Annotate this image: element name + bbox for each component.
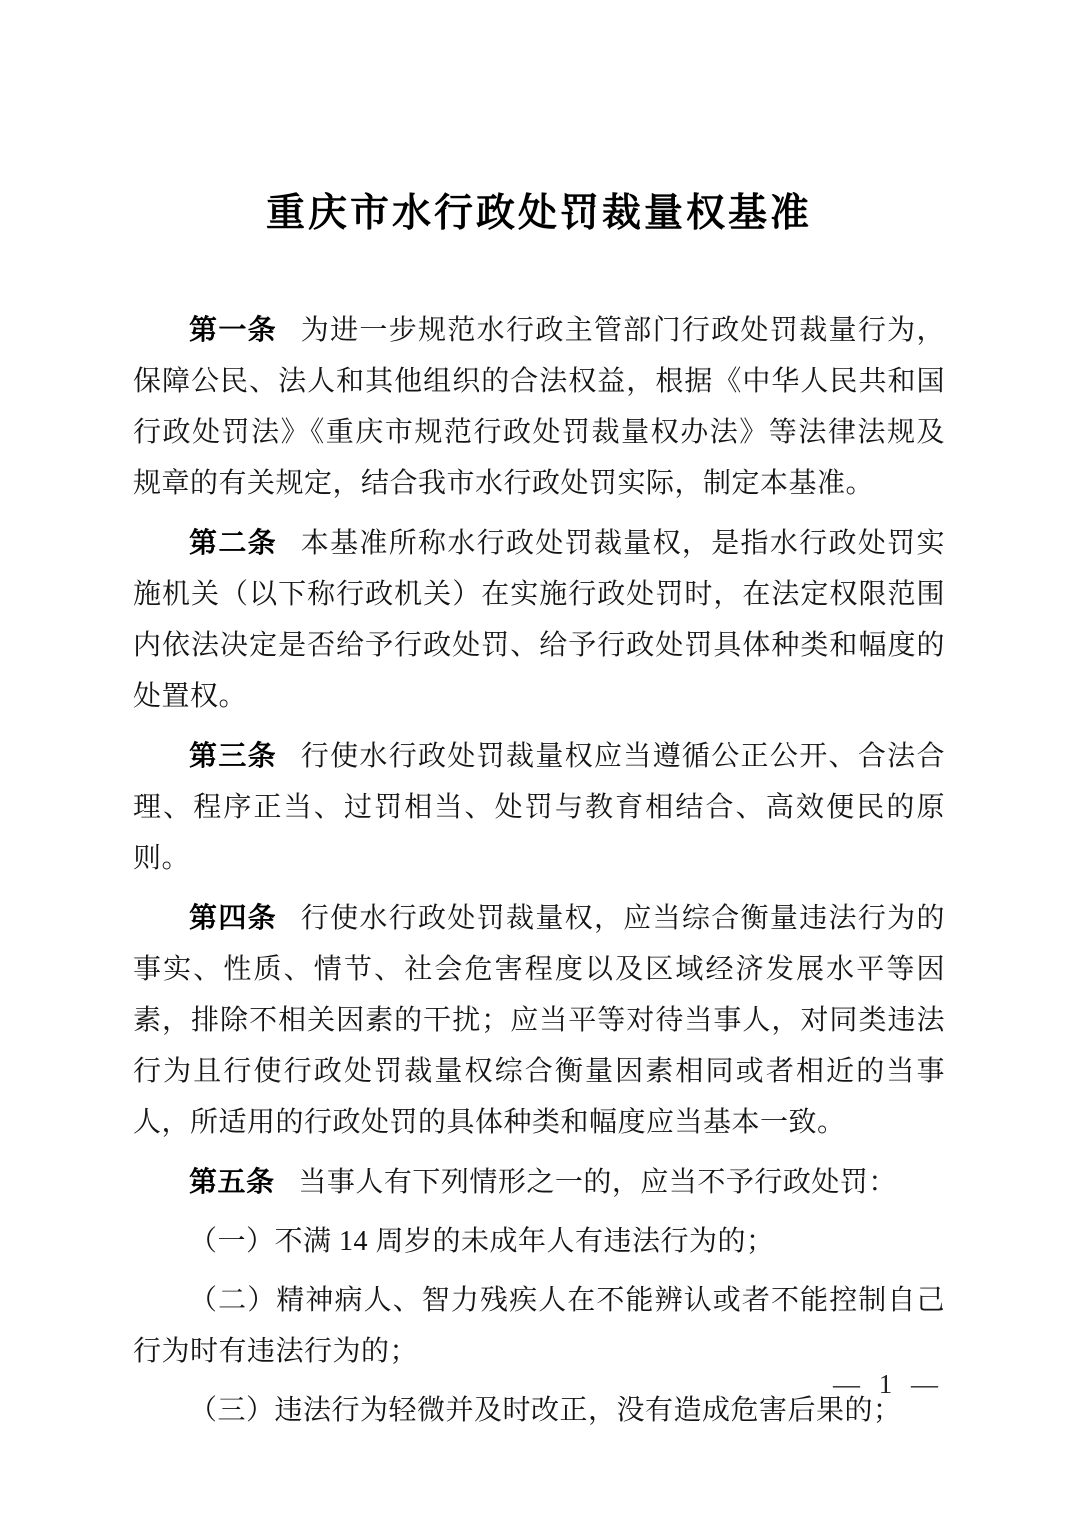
article-3: 第三条行使水行政处罚裁量权应当遵循公正公开、合法合理、程序正当、过罚相当、处罚与… [133,730,945,884]
clause-item-1: （一）不满 14 周岁的未成年人有违法行为的； [133,1216,945,1267]
article-4-label: 第四条 [189,902,301,933]
clause-item-3: （三）违法行为轻微并及时改正，没有造成危害后果的； [133,1385,945,1436]
document-title: 重庆市水行政处罚裁量权基准 [133,188,945,240]
article-5-text: 当事人有下列情形之一的，应当不予行政处罚： [298,1167,897,1198]
page-number: — 1 — [833,1368,944,1400]
article-1-label: 第一条 [189,314,301,345]
article-4: 第四条行使水行政处罚裁量权，应当综合衡量违法行为的事实、性质、情节、社会危害程度… [133,892,945,1148]
document-page: 重庆市水行政处罚裁量权基准 第一条为进一步规范水行政主管部门行政处罚裁量行为，保… [0,0,1074,1520]
clause-item-2: （二）精神病人、智力残疾人在不能辨认或者不能控制自己行为时有违法行为的； [133,1275,945,1377]
article-4-text: 行使水行政处罚裁量权，应当综合衡量违法行为的事实、性质、情节、社会危害程度以及区… [133,903,945,1138]
article-5: 第五条当事人有下列情形之一的，应当不予行政处罚： [133,1156,945,1208]
article-5-label: 第五条 [189,1166,298,1197]
document-body: 第一条为进一步规范水行政主管部门行政处罚裁量行为，保障公民、法人和其他组织的合法… [133,304,945,1436]
article-2-label: 第二条 [189,527,301,558]
article-3-label: 第三条 [189,740,301,771]
article-2: 第二条本基准所称水行政处罚裁量权，是指水行政处罚实施机关（以下称行政机关）在实施… [133,517,945,722]
article-1: 第一条为进一步规范水行政主管部门行政处罚裁量行为，保障公民、法人和其他组织的合法… [133,304,945,509]
